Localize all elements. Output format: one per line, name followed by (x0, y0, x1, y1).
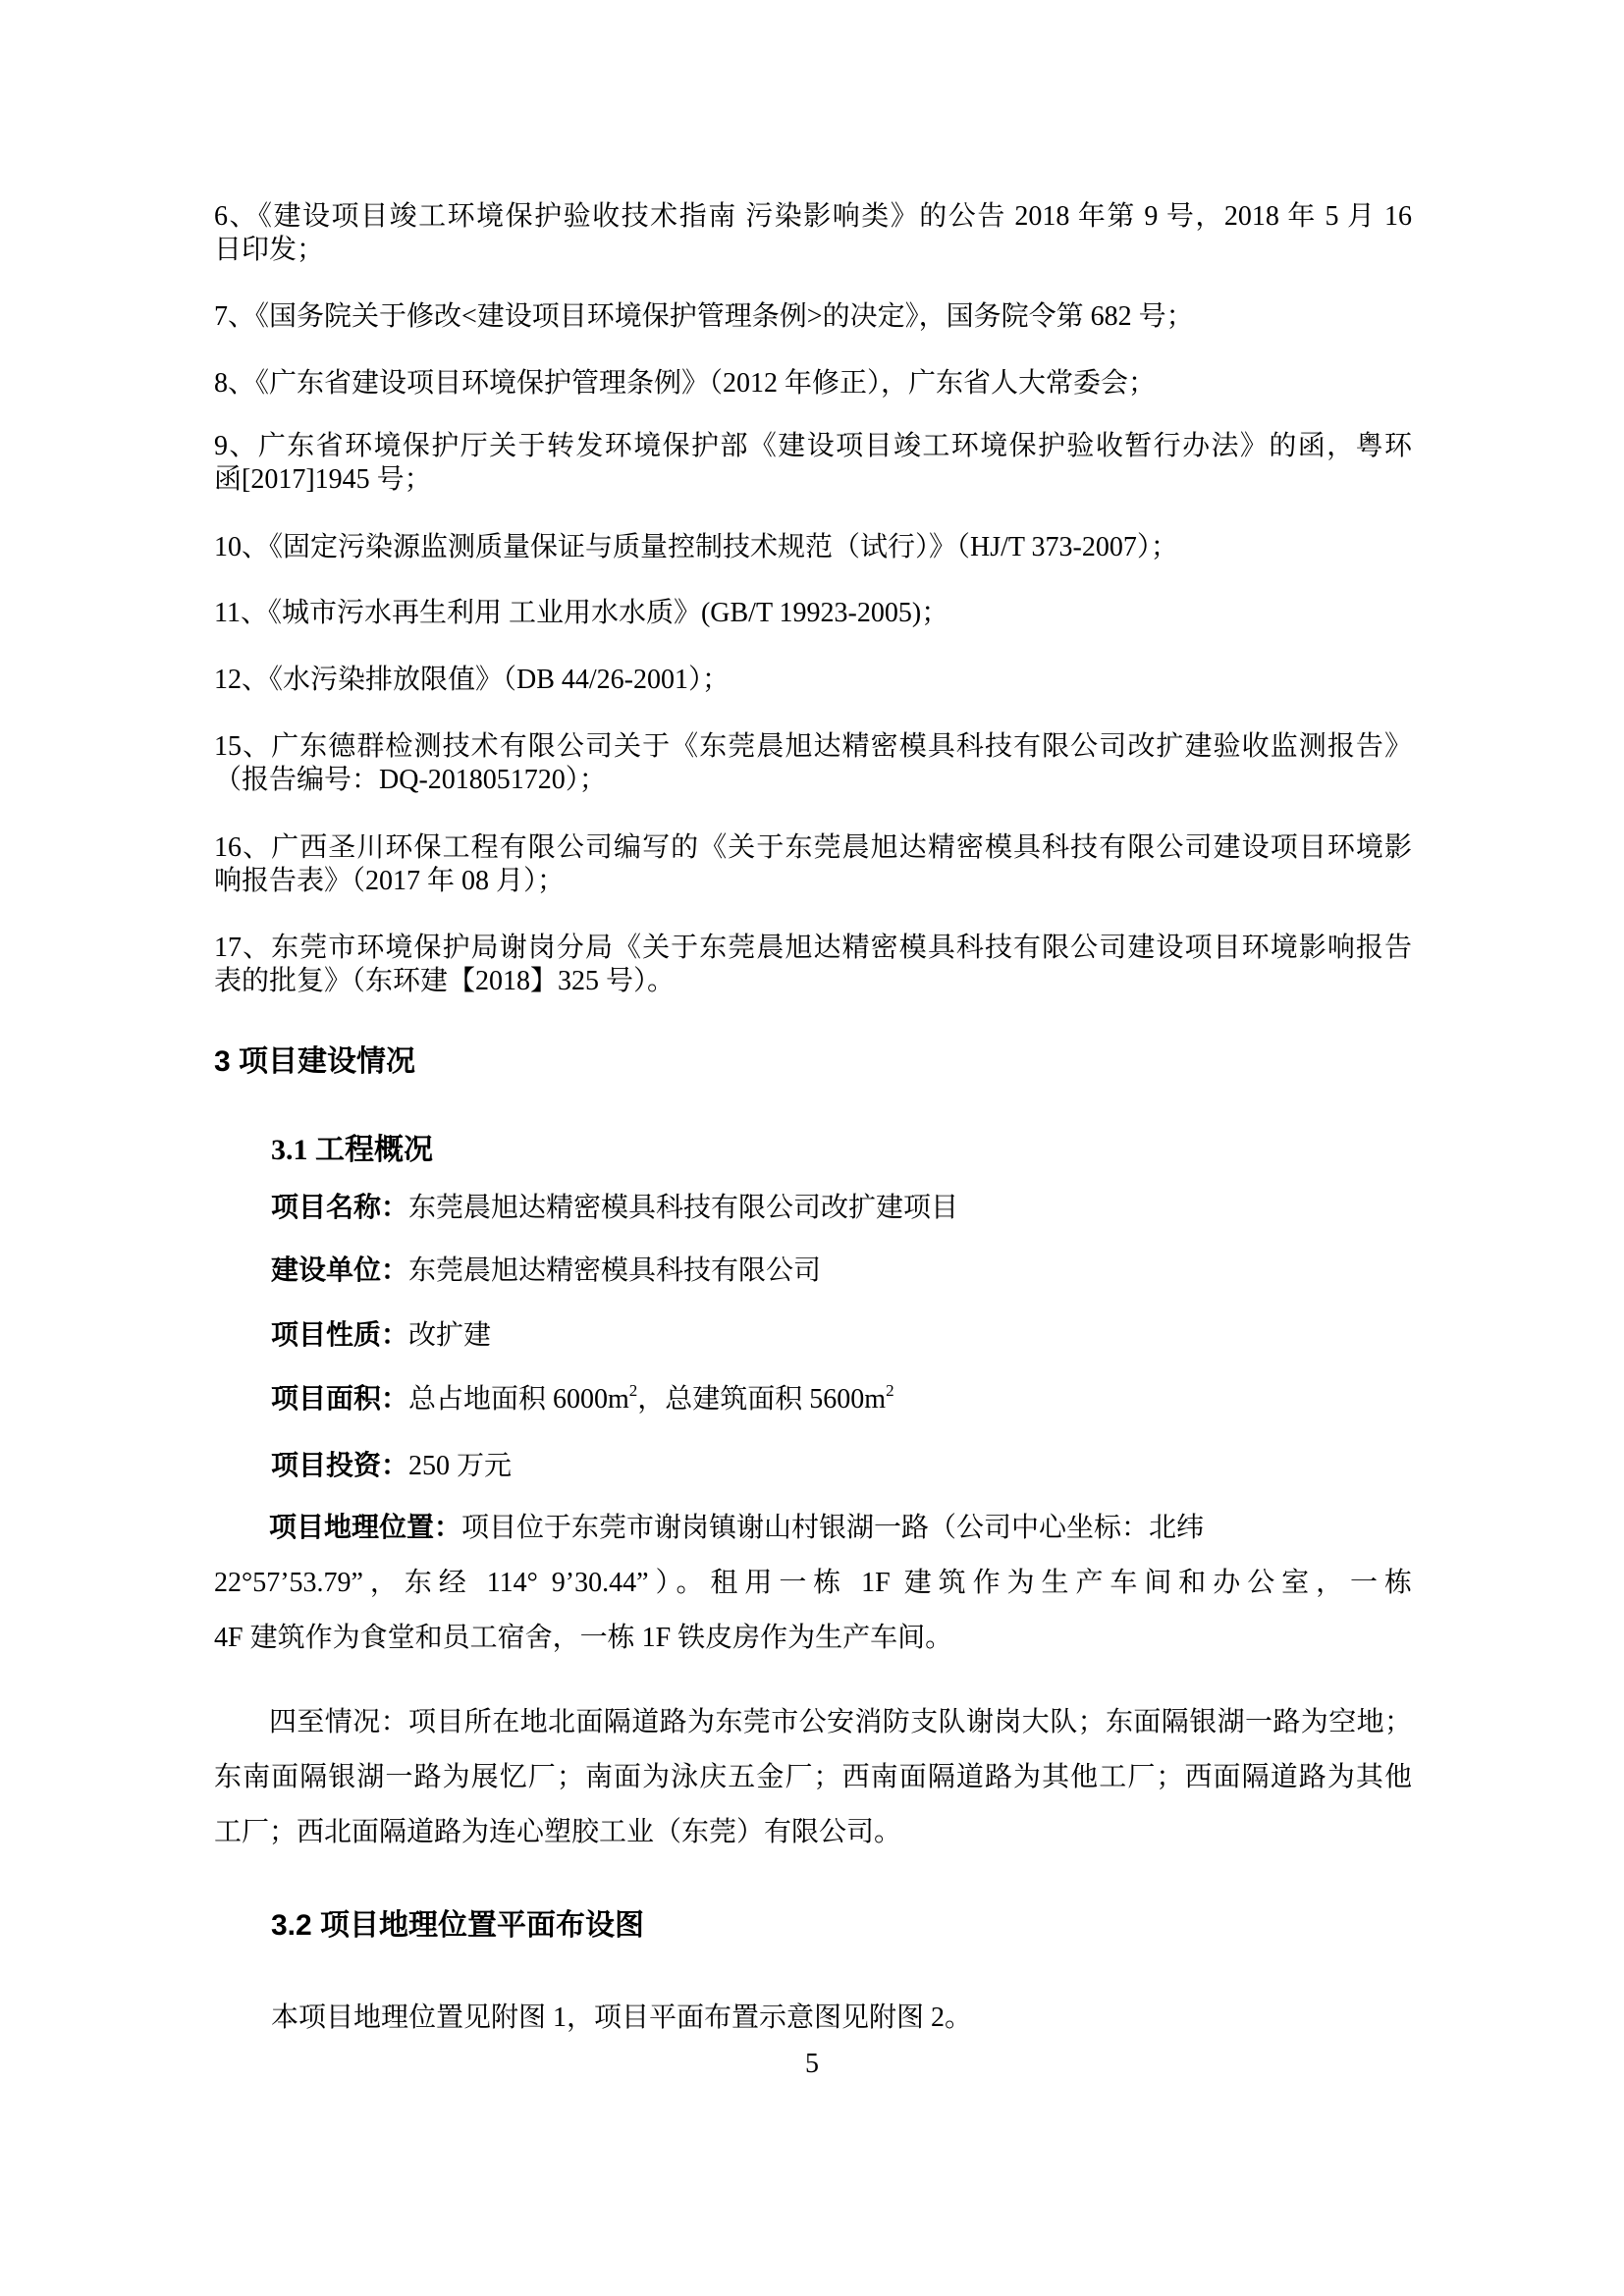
reference-line: （报告编号：DQ-2018051720）； (214, 764, 1412, 797)
field-label: 项目投资： (271, 1451, 408, 1481)
field-label: 项目面积： (271, 1384, 408, 1415)
subsection-heading-3-2: 3.2 项目地理位置平面布设图 (271, 1907, 1412, 1945)
field-label: 建设单位： (271, 1255, 408, 1286)
page-number: 5 (0, 2048, 1624, 2081)
reference-line: 7、《国务院关于修改<建设项目环境保护管理条例>的决定》，国务院令第 682 号… (214, 300, 1412, 334)
field-label: 项目名称： (271, 1193, 408, 1223)
paragraph-project-location: 项目地理位置：项目位于东莞市谢岗镇谢山村银湖一路（公司中心坐标：北纬 22°57… (214, 1501, 1412, 1666)
reference-item-6: 6、《建设项目竣工环境保护验收技术指南 污染影响类》的公告 2018 年第 9 … (214, 200, 1412, 267)
reference-line: 6、《建设项目竣工环境保护验收技术指南 污染影响类》的公告 2018 年第 9 … (214, 200, 1412, 234)
paragraph-text: 4F 建筑作为食堂和员工宿舍，一栋 1F 铁皮房作为生产车间。 (214, 1611, 1412, 1666)
reference-item-8: 8、《广东省建设项目环境保护管理条例》（2012 年修正），广东省人大常委会； (214, 367, 1412, 400)
paragraph-surroundings: 四至情况：项目所在地北面隔道路为东莞市公安消防支队谢岗大队；东面隔银湖一路为空地… (214, 1695, 1412, 1860)
reference-item-17: 17、东莞市环境保护局谢岗分局《关于东莞晨旭达精密模具科技有限公司建设项目环境影… (214, 932, 1412, 998)
paragraph-text: 工厂；西北面隔道路为连心塑胶工业（东莞）有限公司。 (214, 1805, 1412, 1860)
reference-item-15: 15、广东德群检测技术有限公司关于《东莞晨旭达精密模具科技有限公司改扩建验收监测… (214, 730, 1412, 797)
reference-line: 表的批复》（东环建【2018】325 号）。 (214, 965, 1412, 998)
subsection-heading-3-1: 3.1 工程概况 (271, 1132, 1412, 1169)
reference-line: 16、广西圣川环保工程有限公司编写的《关于东莞晨旭达精密模具科技有限公司建设项目… (214, 831, 1412, 865)
field-value: 东莞晨旭达精密模具科技有限公司 (408, 1255, 821, 1286)
paragraph-text: 本项目地理位置见附图 1，项目平面布置示意图见附图 2。 (271, 2002, 1412, 2035)
field-value-part: 总占地面积 6000m (408, 1384, 629, 1415)
reference-line: 函[2017]1945 号； (214, 463, 1412, 497)
field-project-name: 项目名称：东莞晨旭达精密模具科技有限公司改扩建项目 (271, 1192, 1412, 1225)
reference-item-16: 16、广西圣川环保工程有限公司编写的《关于东莞晨旭达精密模具科技有限公司建设项目… (214, 831, 1412, 898)
field-label: 项目性质： (271, 1320, 408, 1351)
paragraph-text: 东南面隔银湖一路为展忆厂；南面为泳庆五金厂；西南面隔道路为其他工厂；西面隔道路为… (214, 1750, 1412, 1805)
paragraph-text: 22°57’53.79”，东经 114° 9’30.44”）。租用一栋 1F 建… (214, 1556, 1412, 1611)
reference-item-12: 12、《水污染排放限值》（DB 44/26-2001）； (214, 664, 1412, 697)
field-construction-unit: 建设单位：东莞晨旭达精密模具科技有限公司 (271, 1255, 1412, 1288)
section-heading-3: 3 项目建设情况 (214, 1043, 1412, 1081)
field-project-area: 项目面积：总占地面积 6000m2，总建筑面积 5600m2 (271, 1383, 1412, 1416)
field-value-part: ，总建筑面积 5600m (637, 1384, 886, 1415)
reference-item-7: 7、《国务院关于修改<建设项目环境保护管理条例>的决定》，国务院令第 682 号… (214, 300, 1412, 334)
reference-line: 日印发； (214, 234, 1412, 267)
reference-line: 12、《水污染排放限值》（DB 44/26-2001）； (214, 664, 1412, 697)
reference-line: 9、广东省环境保护厅关于转发环境保护部《建设项目竣工环境保护验收暂行办法》的函，… (214, 430, 1412, 463)
field-project-investment: 项目投资：250 万元 (271, 1450, 1412, 1483)
field-value: 东莞晨旭达精密模具科技有限公司改扩建项目 (408, 1193, 958, 1223)
document-page: 6、《建设项目竣工环境保护验收技术指南 污染影响类》的公告 2018 年第 9 … (0, 0, 1624, 2296)
reference-item-11: 11、《城市污水再生利用 工业用水水质》(GB/T 19923-2005)； (214, 597, 1412, 630)
reference-line: 17、东莞市环境保护局谢岗分局《关于东莞晨旭达精密模具科技有限公司建设项目环境影… (214, 932, 1412, 965)
field-value: 改扩建 (408, 1320, 491, 1351)
paragraph-text: 项目位于东莞市谢岗镇谢山村银湖一路（公司中心坐标：北纬 (461, 1513, 1204, 1543)
field-value: 250 万元 (408, 1451, 512, 1481)
paragraph-figure-reference: 本项目地理位置见附图 1，项目平面布置示意图见附图 2。 (271, 2002, 1412, 2035)
reference-item-9: 9、广东省环境保护厅关于转发环境保护部《建设项目竣工环境保护验收暂行办法》的函，… (214, 430, 1412, 497)
reference-line: 15、广东德群检测技术有限公司关于《东莞晨旭达精密模具科技有限公司改扩建验收监测… (214, 730, 1412, 764)
paragraph-text: 四至情况：项目所在地北面隔道路为东莞市公安消防支队谢岗大队；东面隔银湖一路为空地… (214, 1695, 1412, 1750)
reference-line: 10、《固定污染源监测质量保证与质量控制技术规范（试行）》（HJ/T 373-2… (214, 531, 1412, 564)
field-project-nature: 项目性质：改扩建 (271, 1319, 1412, 1353)
reference-line: 响报告表》（2017 年 08 月）； (214, 865, 1412, 898)
reference-line: 11、《城市污水再生利用 工业用水水质》(GB/T 19923-2005)； (214, 597, 1412, 630)
reference-item-10: 10、《固定污染源监测质量保证与质量控制技术规范（试行）》（HJ/T 373-2… (214, 531, 1412, 564)
reference-line: 8、《广东省建设项目环境保护管理条例》（2012 年修正），广东省人大常委会； (214, 367, 1412, 400)
superscript-2: 2 (886, 1381, 894, 1400)
field-label: 项目地理位置： (269, 1513, 461, 1543)
